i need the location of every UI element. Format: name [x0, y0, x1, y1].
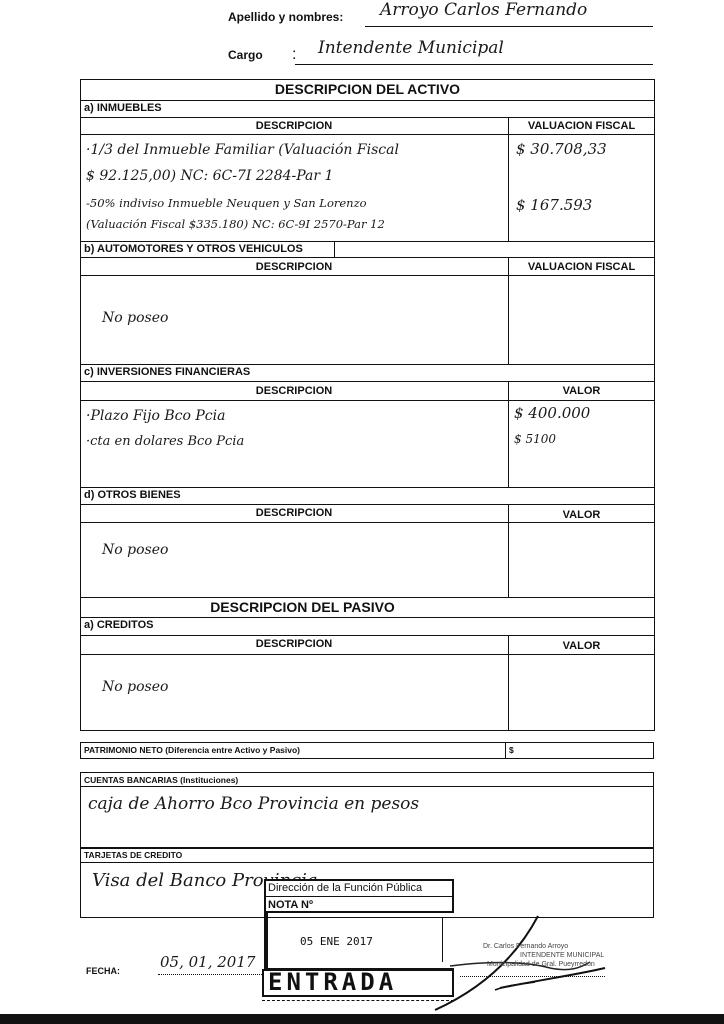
divider [264, 896, 454, 897]
cuentas-value: caja de Ahorro Bco Provincia en pesos [88, 794, 419, 814]
divider [80, 364, 655, 365]
inversiones-value: $ 5100 [514, 432, 556, 446]
divider [80, 617, 655, 618]
column-divider [508, 257, 509, 364]
signature-institution: Municipalidad de Gral. Pueyrredon [487, 961, 595, 968]
divider [80, 100, 655, 101]
column-divider [508, 504, 509, 598]
divider [80, 134, 655, 135]
divider [80, 654, 655, 655]
cargo-label: Cargo [228, 48, 263, 62]
inversiones-value: $ 400.000 [514, 404, 590, 422]
divider [80, 257, 655, 258]
cargo-separator: : [292, 46, 296, 64]
column-divider [508, 381, 509, 487]
inmuebles-value: $ 167.593 [516, 196, 592, 214]
automotores-line: No poseo [102, 310, 168, 326]
stamp-nota-label: NOTA Nº [268, 899, 313, 911]
otros-col-val: VALOR [508, 509, 655, 521]
scan-edge [0, 1014, 724, 1024]
name-underline [365, 26, 653, 27]
activo-title: DESCRIPCION DEL ACTIVO [80, 81, 655, 97]
stamp-office: Dirección de la Función Pública [268, 882, 422, 894]
inmuebles-label: a) INMUEBLES [84, 102, 162, 114]
column-divider [505, 742, 506, 759]
name-value: Arroyo Carlos Fernando [380, 0, 587, 20]
column-divider [508, 117, 509, 241]
otros-line: No poseo [102, 542, 168, 558]
divider [80, 117, 655, 118]
fecha-underline [158, 974, 268, 975]
patrimonio-label: PATRIMONIO NETO (Diferencia entre Activo… [84, 745, 300, 755]
divider [80, 504, 655, 505]
inversiones-col-desc: DESCRIPCION [80, 385, 508, 397]
automotores-label: b) AUTOMOTORES Y OTROS VEHICULOS [84, 243, 303, 255]
inmuebles-value: $ 30.708,33 [516, 140, 607, 158]
divider [80, 862, 654, 863]
inversiones-col-val: VALOR [508, 385, 655, 397]
signature-title: INTENDENTE MUNICIPAL [520, 952, 604, 959]
fecha-label: FECHA: [86, 966, 120, 976]
inmuebles-col-val: VALUACION FISCAL [508, 120, 655, 132]
divider [80, 487, 655, 488]
automotores-col-desc: DESCRIPCION [80, 261, 508, 273]
stamp-entrada: ENTRADA [268, 968, 397, 996]
cargo-underline [295, 64, 653, 65]
inmuebles-line: ·1/3 del Inmueble Familiar (Valuación Fi… [86, 142, 399, 158]
inversiones-line: ·Plazo Fijo Bco Pcia [86, 408, 225, 424]
tarjetas-label: TARJETAS DE CREDITO [84, 850, 182, 860]
stamp-left-bar [264, 913, 268, 971]
cuentas-label: CUENTAS BANCARIAS (Instituciones) [84, 775, 238, 785]
divider [80, 635, 655, 636]
divider [80, 241, 655, 242]
patrimonio-currency: $ [509, 745, 514, 755]
inmuebles-line: -50% indiviso Inmueble Neuquen y San Lor… [86, 196, 367, 210]
divider [80, 381, 655, 382]
inmuebles-line: $ 92.125,00) NC: 6C-7I 2284-Par 1 [86, 168, 333, 184]
divider [80, 400, 655, 401]
stamp-date: 05 ENE 2017 [300, 935, 373, 948]
patrimonio-value [518, 743, 648, 757]
divider [262, 1000, 454, 1001]
signature-name: Dr. Carlos Fernando Arroyo [483, 943, 568, 950]
cargo-value: Intendente Municipal [318, 38, 504, 58]
divider [80, 275, 655, 276]
creditos-line: No poseo [102, 679, 168, 695]
creditos-label: a) CREDITOS [84, 619, 153, 631]
inversiones-label: c) INVERSIONES FINANCIERAS [84, 366, 250, 378]
otros-label: d) OTROS BIENES [84, 489, 181, 501]
fecha-value: 05, 01, 2017 [160, 953, 255, 971]
name-label: Apellido y nombres: [228, 10, 343, 24]
pasivo-title: DESCRIPCION DEL PASIVO [80, 599, 655, 615]
inmuebles-col-desc: DESCRIPCION [80, 120, 508, 132]
column-divider [508, 635, 509, 731]
otros-col-desc: DESCRIPCION [80, 507, 508, 519]
divider [80, 522, 655, 523]
inversiones-line: ·cta en dolares Bco Pcia [86, 434, 244, 449]
creditos-col-val: VALOR [508, 640, 655, 652]
signature-line [460, 976, 605, 977]
divider [80, 786, 654, 787]
label-divider [334, 241, 335, 257]
creditos-col-desc: DESCRIPCION [80, 638, 508, 650]
automotores-col-val: VALUACION FISCAL [508, 261, 655, 273]
inmuebles-line: (Valuación Fiscal $335.180) NC: 6C-9I 25… [86, 217, 385, 231]
